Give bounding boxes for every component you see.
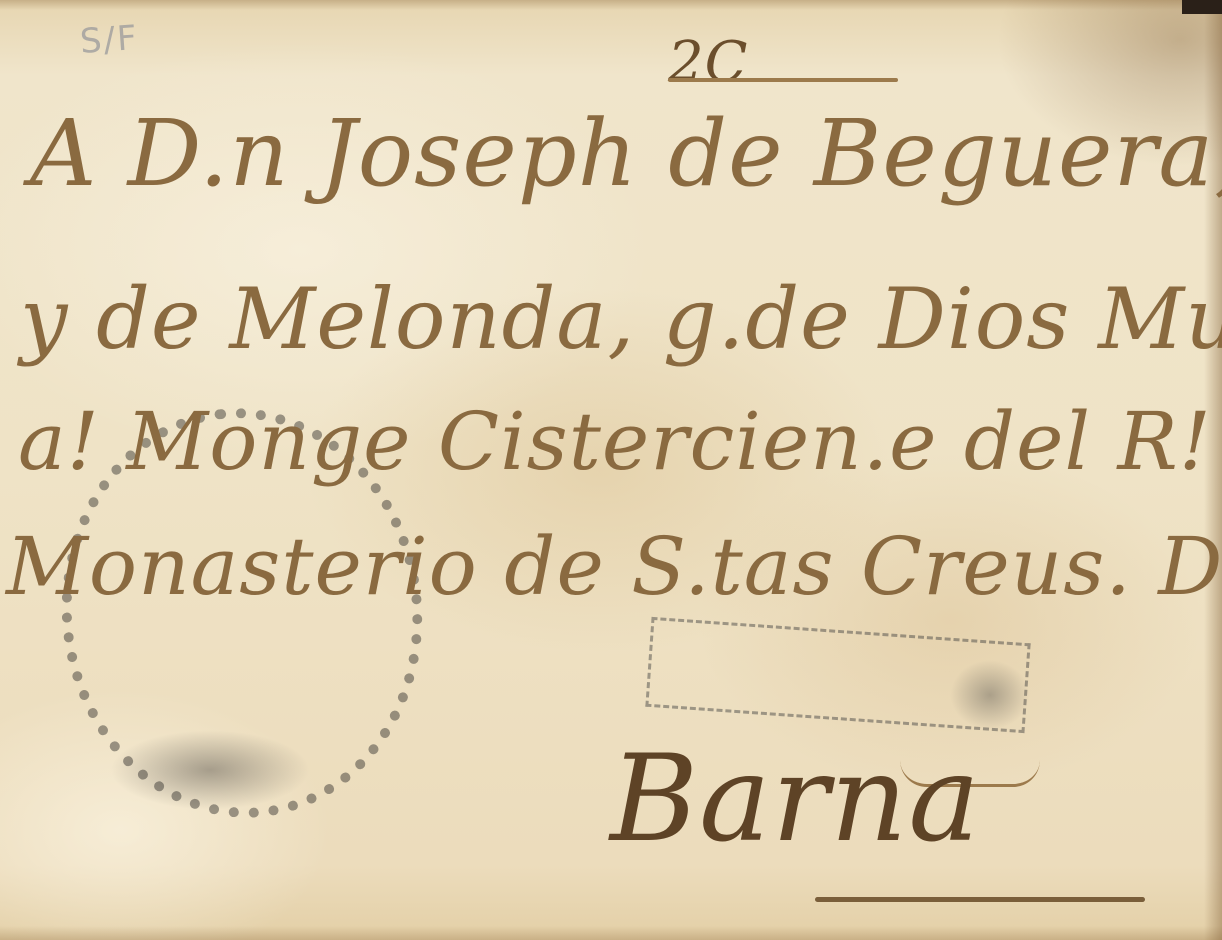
destination-city: Barna (610, 730, 981, 869)
rate-mark-stroke (668, 78, 898, 82)
destination-underline (815, 897, 1145, 902)
paper-edge-bottom (0, 926, 1222, 940)
rect-postmark-ink-blot (950, 660, 1030, 730)
address-line-1: A D.n Joseph de Beguera, (30, 100, 1222, 207)
postage-rate-mark: 2C (668, 30, 748, 95)
pencil-annotation: S/F (79, 18, 140, 62)
address-line-4: Monasterio de S.tas Creus. De (6, 520, 1222, 613)
paper-edge-top (0, 0, 1222, 10)
postmark-ink-blot (110, 730, 310, 810)
address-line-3: a! Monge Cistercien.e del R! (18, 395, 1212, 488)
address-line-2: y de Melonda, g.de Dios Mu! (20, 270, 1222, 368)
letter-cover: S/F 2C A D.n Joseph de Beguera, y de Mel… (0, 0, 1222, 940)
torn-corner (1182, 0, 1222, 14)
